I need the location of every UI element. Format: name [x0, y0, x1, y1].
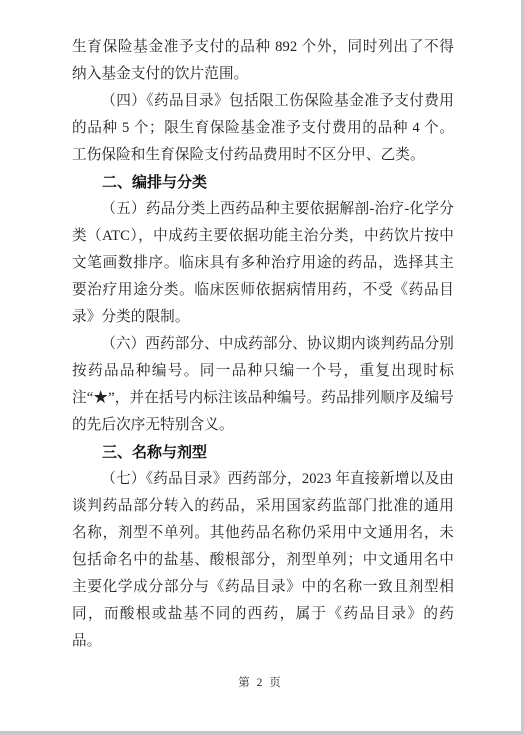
document-body: 生育保险基金准予支付的品种 892 个外，同时列出了不得纳入基金支付的饮片范围。… [72, 34, 454, 655]
section-heading: 三、名称与剂型 [72, 439, 454, 466]
paragraph: （四）《药品目录》包括限工伤保险基金准予支付费用的品种 5 个；限生育保险基金准… [72, 88, 454, 169]
paragraph: 生育保险基金准予支付的品种 892 个外，同时列出了不得纳入基金支付的饮片范围。 [72, 34, 454, 88]
paragraph: （六）西药部分、中成药部分、协议期内谈判药品分别按药品品种编号。同一品种只编一个… [72, 331, 454, 439]
page-number: 第 2 页 [0, 674, 521, 690]
paragraph: （五）药品分类上西药品种主要依据解剖-治疗-化学分类（ATC），中成药主要依据功… [72, 196, 454, 331]
section-heading: 二、编排与分类 [72, 169, 454, 196]
paragraph: （七）《药品目录》西药部分，2023 年直接新增以及由谈判药品部分转入的药品，采… [72, 466, 454, 655]
document-page: 生育保险基金准予支付的品种 892 个外，同时列出了不得纳入基金支付的饮片范围。… [0, 0, 521, 731]
